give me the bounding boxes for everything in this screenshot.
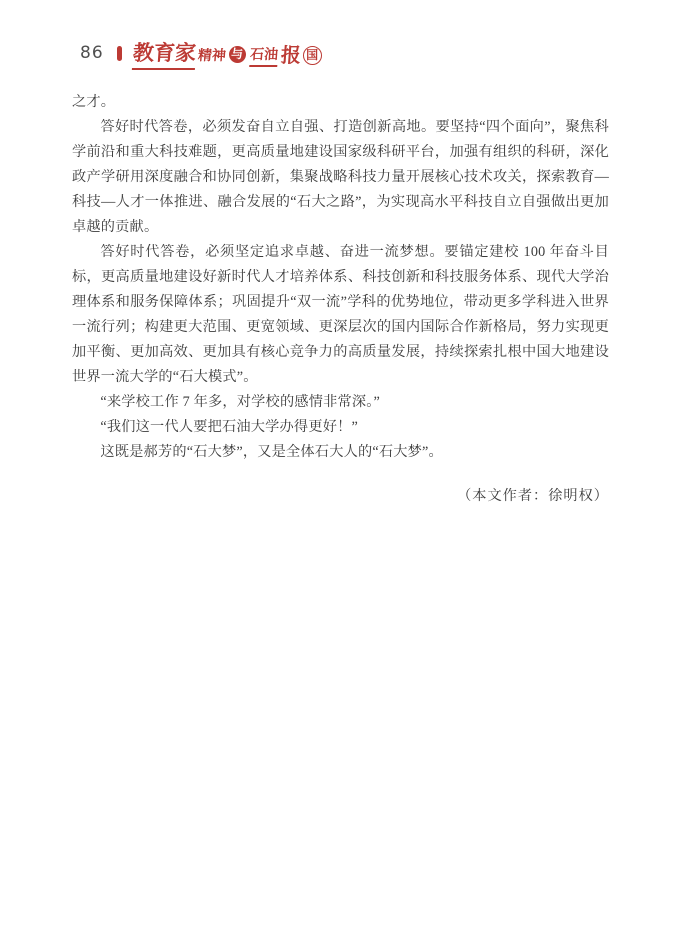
article-body: 之才。答好时代答卷，必须发奋自立自强、打造创新高地。要坚持“四个面向”，聚焦科学…: [72, 90, 609, 509]
accent-bar: [117, 46, 122, 61]
paragraph: 答好时代答卷，必须发奋自立自强、打造创新高地。要坚持“四个面向”，聚焦科学前沿和…: [72, 115, 609, 240]
title-part-3: 石油: [249, 44, 279, 67]
yu-circle-badge: 与: [229, 46, 246, 63]
title-part-4: 报: [280, 39, 302, 68]
paragraph: 这既是郝芳的“石大梦”，又是全体石大人的“石大梦”。: [72, 440, 609, 465]
body-paragraphs: 之才。答好时代答卷，必须发奋自立自强、打造创新高地。要坚持“四个面向”，聚焦科学…: [72, 90, 609, 465]
guo-circle-badge: 国: [303, 46, 322, 65]
attribution: （本文作者：徐明权）: [72, 484, 609, 509]
guo-circle-char: 国: [306, 49, 318, 61]
paragraph: 之才。: [72, 90, 609, 115]
yu-circle-char: 与: [231, 48, 243, 60]
title-part-1: 教育家: [131, 37, 196, 70]
page-number: 86: [80, 43, 104, 63]
header-title: 教育家 精神 与 石油 报 国: [133, 37, 322, 70]
page-header: 86 教育家 精神 与 石油 报 国: [80, 36, 322, 70]
document-page: 86 教育家 精神 与 石油 报 国 之才。答好时代答卷，必须发奋自立自强、打造…: [0, 0, 680, 945]
paragraph: 答好时代答卷，必须坚定追求卓越、奋进一流梦想。要锚定建校 100 年奋斗目标，更…: [72, 240, 609, 390]
title-part-2: 精神: [197, 45, 226, 65]
paragraph: “我们这一代人要把石油大学办得更好！”: [72, 415, 609, 440]
paragraph: “来学校工作 7 年多，对学校的感情非常深。”: [72, 390, 609, 415]
